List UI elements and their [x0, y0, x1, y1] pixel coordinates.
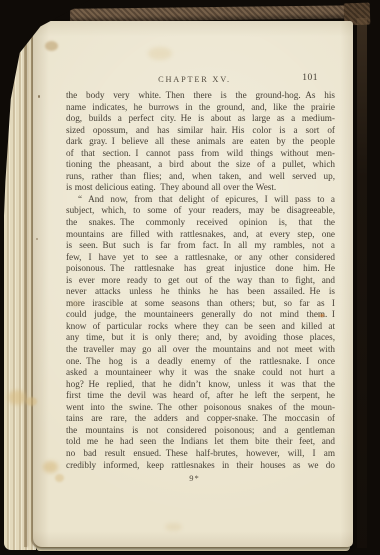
text-line: no bad result ensued. These half-brutes,… [66, 448, 335, 460]
text-line: went into the swine. The other poisonous… [66, 402, 335, 414]
text-line: poisonous. The rattlesnake has great inj… [66, 263, 335, 275]
text-line: never attacks unless he thinks he has be… [66, 286, 335, 298]
text-line: the traveller may go all over the mounta… [66, 344, 335, 356]
text-line: is ever more ready to get out of the way… [66, 275, 335, 287]
text-line: sized opossum, and has similar hair. His… [66, 125, 335, 137]
text-line: name indicates, he burrows in the ground… [66, 102, 335, 114]
cover-right-edge [357, 18, 367, 548]
text-line: subject, which, to some of your readers,… [66, 205, 335, 217]
text-line: tioning the pheasant, a bird about the s… [66, 159, 335, 171]
left-page-edges [4, 20, 36, 550]
text-line: told me he had seen the Indians let them… [66, 436, 335, 448]
text-line: any time, but it is only there; and, by … [66, 332, 335, 344]
text-line: dog, builds a perfect city. He is about … [66, 113, 335, 125]
text-line: the snakes. The commonly received opinio… [66, 217, 335, 229]
text-line: hog? He replied, that he didn’t know, un… [66, 379, 335, 391]
signature-mark: 9* [66, 473, 335, 483]
text-line: the body very white. Then there is the g… [66, 90, 335, 102]
text-line: is seen. But such is far from fact. In a… [66, 240, 335, 252]
text-line: few, I have yet to see a rattlesnake, or… [66, 252, 335, 264]
text-line: know of particular rocks where they can … [66, 321, 335, 333]
text-line: the mountains is not considered poisonou… [66, 425, 335, 437]
running-header: CHAPTER XV. 101 [66, 75, 335, 89]
text-line: tains are rare, the adders and copper-sn… [66, 413, 335, 425]
body-text: the body very white. Then there is the g… [66, 90, 335, 471]
text-line: credibly informed, keep rattlesnakes in … [66, 460, 335, 472]
text-line: is most delicious eating. They abound al… [66, 182, 335, 194]
book-scan: CHAPTER XV. 101 the body very white. The… [0, 0, 380, 555]
gutter-crease [24, 20, 27, 547]
chapter-heading: CHAPTER XV. [66, 75, 335, 84]
text-line: mountains are filled with rattlesnakes, … [66, 229, 335, 241]
page-number: 101 [302, 73, 318, 83]
text-line: “ And now, from that delight of epicures… [66, 194, 335, 206]
book-page: CHAPTER XV. 101 the body very white. The… [33, 21, 353, 547]
text-line: of that section. I cannot pass from wild… [66, 148, 335, 160]
text-line: one. The hog is a deadly enemy of the ra… [66, 356, 335, 368]
text-line: dark gray. I believe all these animals a… [66, 136, 335, 148]
text-line: first time the devil was heard of, after… [66, 390, 335, 402]
text-line: could judge, the mountaineers generally … [66, 309, 335, 321]
cover-cloth-band [70, 5, 364, 22]
text-line: asked a mountaineer why it was the snake… [66, 367, 335, 379]
text-line: runs, rather than flies; and, when taken… [66, 171, 335, 183]
text-line: more irascible at some seasons than othe… [66, 298, 335, 310]
